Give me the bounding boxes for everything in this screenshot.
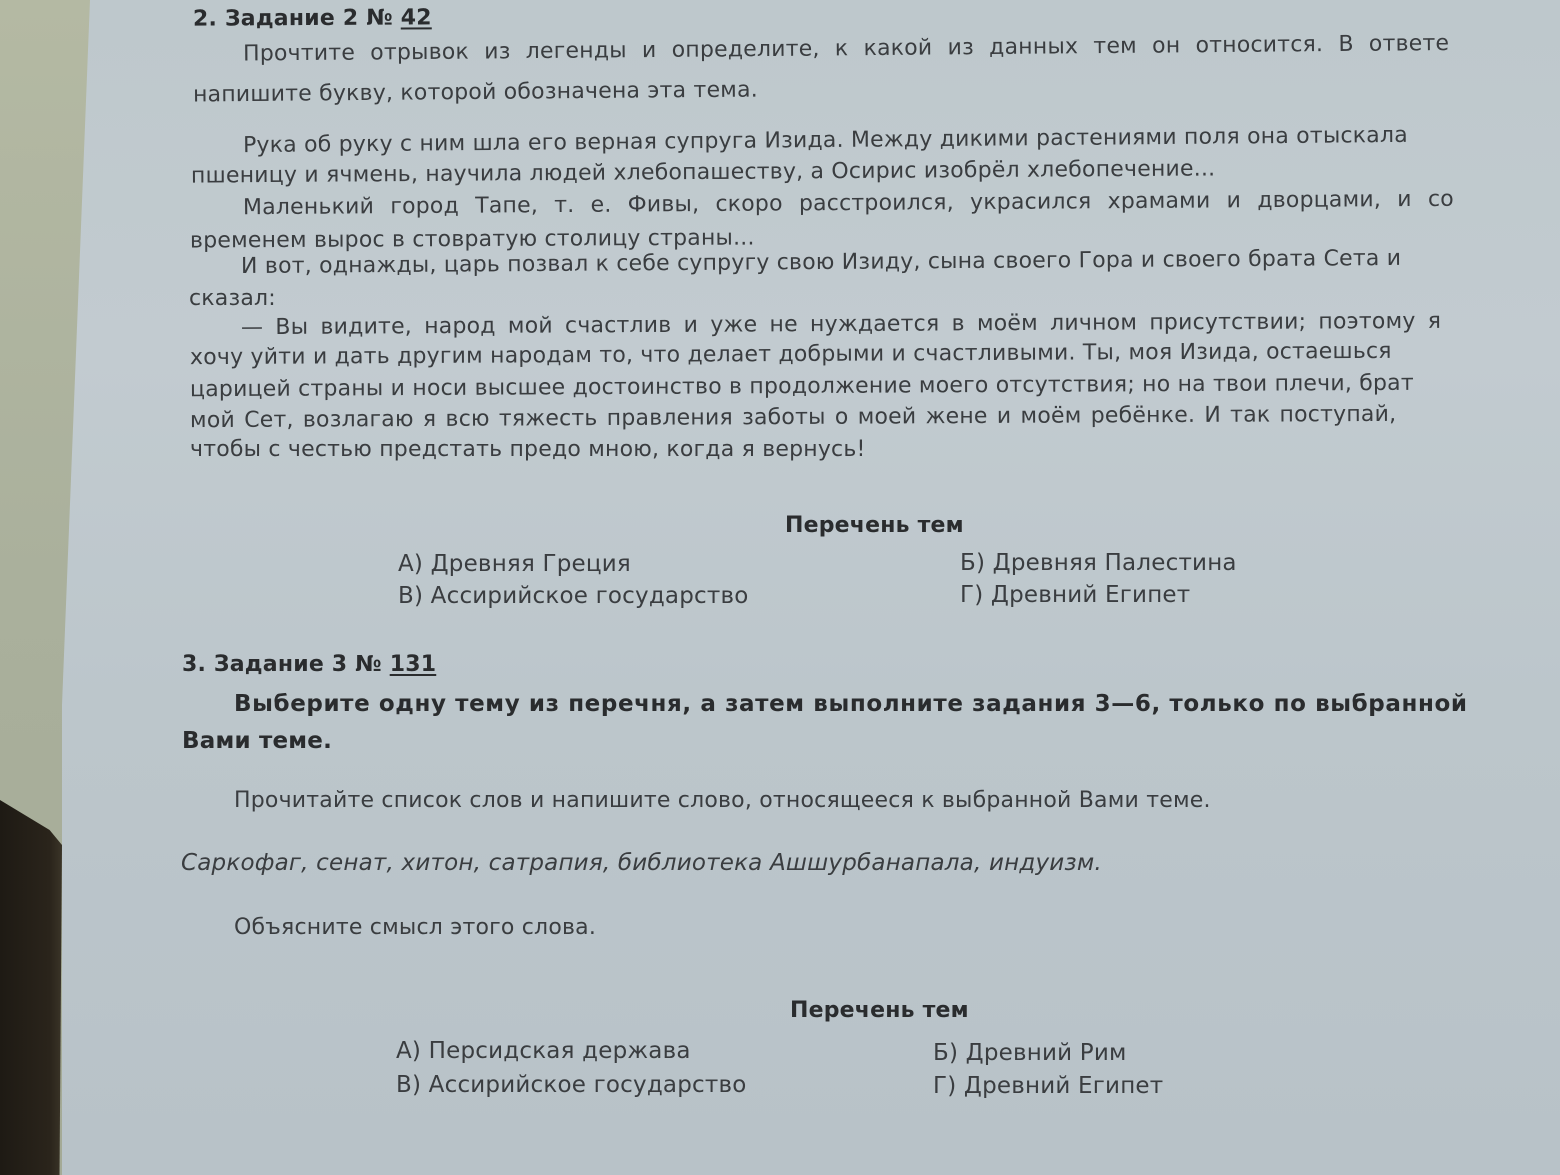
- task3-bold-instruction-line2: Вами теме.: [182, 728, 332, 754]
- task2-topic-d: Г) Древний Египет: [960, 582, 1190, 608]
- task2-heading-prefix: 2. Задание 2 №: [193, 6, 401, 32]
- task2-topic-b: Б) Древняя Палестина: [960, 550, 1237, 576]
- task3-bold-instruction-line1: Выберите одну тему из перечня, а затем в…: [234, 691, 1468, 717]
- task2-topics-title: Перечень тем: [785, 513, 964, 538]
- task3-topics-title: Перечень тем: [790, 998, 969, 1023]
- passage-line-11: чтобы с честью предстать предо мною, ког…: [190, 437, 866, 462]
- task3-number-link[interactable]: 131: [390, 652, 437, 677]
- task2-topic-a: А) Древняя Греция: [398, 551, 631, 577]
- task3-heading: 3. Задание 3 № 131: [182, 652, 436, 677]
- task3-word-list: Саркофаг, сенат, хитон, сатрапия, библио…: [181, 850, 1102, 876]
- task3-topic-b: Б) Древний Рим: [933, 1040, 1127, 1066]
- passage-line-6: сказал:: [189, 286, 276, 311]
- task3-instruction: Прочитайте список слов и напишите слово,…: [234, 788, 1211, 813]
- task3-explain: Объясните смысл этого слова.: [234, 915, 596, 940]
- background-dark-object: [0, 800, 62, 1175]
- task3-topic-c: В) Ассирийское государство: [396, 1072, 746, 1098]
- task2-topic-c: В) Ассирийское государство: [398, 583, 748, 609]
- task2-number-link[interactable]: 42: [401, 5, 432, 30]
- task3-topic-d: Г) Древний Египет: [933, 1073, 1163, 1099]
- task3-heading-prefix: 3. Задание 3 №: [182, 652, 390, 677]
- task2-heading: 2. Задание 2 № 42: [193, 5, 432, 31]
- passage-line-4: временем вырос в стовратую столицу стран…: [190, 226, 755, 254]
- task3-topic-a: А) Персидская держава: [396, 1038, 691, 1064]
- task2-instruction-line2: напишите букву, которой обозначена эта т…: [193, 78, 758, 108]
